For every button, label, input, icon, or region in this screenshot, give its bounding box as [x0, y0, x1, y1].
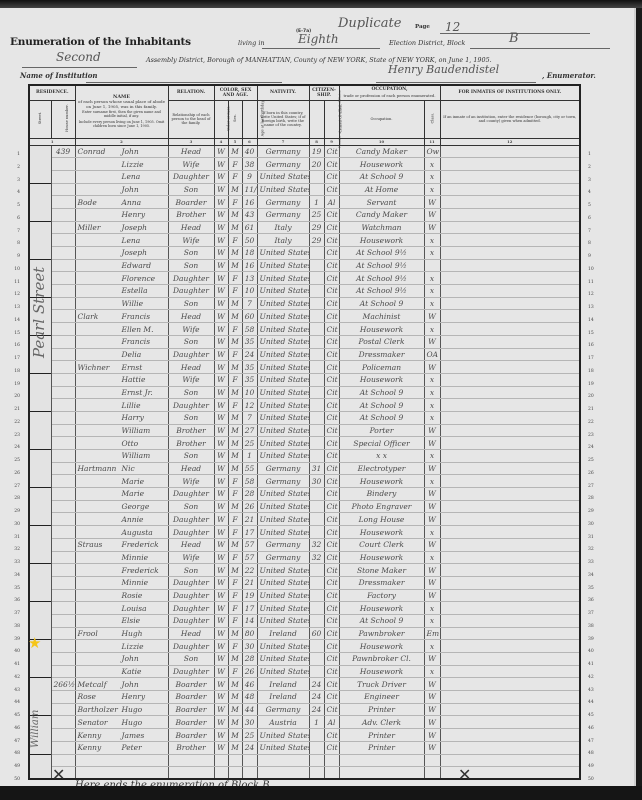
- inmates-cell: [440, 424, 580, 437]
- given-name: William: [122, 426, 151, 435]
- nativity-cell: United States: [257, 259, 309, 272]
- institution-label: Name of Institution: [20, 71, 98, 80]
- line-number: 9: [588, 254, 602, 259]
- class-cell: x: [424, 183, 440, 196]
- line-number: 43: [588, 688, 602, 693]
- age-cell: 25: [242, 437, 257, 450]
- nativity-cell: United States: [257, 399, 309, 412]
- given-name: Lizzie: [122, 160, 144, 169]
- nativity-cell: United States: [257, 450, 309, 463]
- table-row: MinnieDaughterWF21United StatesCitDressm…: [29, 576, 580, 589]
- inmates-cell: [440, 602, 580, 615]
- color-cell: W: [214, 272, 228, 285]
- class-cell: x: [424, 247, 440, 260]
- house-number-cell: [51, 183, 75, 196]
- table-row: AugustaDaughterWF17United StatesCitHouse…: [29, 526, 580, 539]
- house-number-cell: [51, 310, 75, 323]
- relation-cell: Brother: [168, 437, 214, 450]
- line-number: 13: [6, 305, 20, 310]
- nativity-cell: United States: [257, 323, 309, 336]
- nativity-cell: United States: [257, 576, 309, 589]
- nativity-cell: United States: [257, 513, 309, 526]
- name-cell: Minnie: [75, 551, 168, 564]
- name-cell: WichnerErnst: [75, 361, 168, 374]
- age-cell: 16: [242, 196, 257, 209]
- inmates-cell: [440, 564, 580, 577]
- relation-cell: Boarder: [168, 678, 214, 691]
- table-row: [29, 767, 580, 780]
- street-cell: [29, 500, 51, 513]
- line-number: 39: [6, 637, 20, 642]
- given-name: Minnie: [122, 553, 149, 562]
- given-name: Marie: [122, 489, 145, 498]
- years-cell: [309, 323, 324, 336]
- inmates-cell: [440, 614, 580, 627]
- sex-cell: F: [228, 170, 242, 183]
- years-cell: [309, 576, 324, 589]
- occupation-cell: Court Clerk: [339, 538, 424, 551]
- years-cell: 31: [309, 462, 324, 475]
- age-cell: 13: [242, 272, 257, 285]
- inmates-cell: [440, 170, 580, 183]
- sex-cell: [228, 754, 242, 767]
- line-number: 32: [6, 547, 20, 552]
- age-cell: 17: [242, 602, 257, 615]
- color-cell: [214, 754, 228, 767]
- years-cell: 25: [309, 208, 324, 221]
- sex-cell: F: [228, 373, 242, 386]
- line-number: 38: [6, 624, 20, 629]
- street-cell: [29, 576, 51, 589]
- color-cell: W: [214, 196, 228, 209]
- years-cell: [309, 614, 324, 627]
- surname: Hartmann: [78, 463, 122, 474]
- page-label: Page: [415, 24, 430, 30]
- street-cell: [29, 247, 51, 260]
- citizenship-cell: Cit: [324, 729, 339, 742]
- occupation-cell: Candy Maker: [339, 208, 424, 221]
- name-cell: Joseph: [75, 247, 168, 260]
- house-number-cell: [51, 602, 75, 615]
- relation-cell: Head: [168, 538, 214, 551]
- age-cell: 30: [242, 640, 257, 653]
- sex-cell: M: [228, 703, 242, 716]
- citizenship-cell: Cit: [324, 158, 339, 171]
- occupation-cell: At School 9½: [339, 247, 424, 260]
- house-number-cell: [51, 729, 75, 742]
- citizenship-cell: Cit: [324, 208, 339, 221]
- age-cell: 9: [242, 170, 257, 183]
- years-cell: [309, 564, 324, 577]
- house-number-cell: [51, 297, 75, 310]
- surname: Conrad: [78, 146, 122, 157]
- citizenship-cell: Cit: [324, 513, 339, 526]
- table-row: WillieSonWM7United StatesCitAt School 9x: [29, 297, 580, 310]
- years-cell: [309, 285, 324, 298]
- class-cell: Em: [424, 627, 440, 640]
- years-cell: [309, 500, 324, 513]
- line-number: 29: [6, 509, 20, 514]
- relation-cell: Daughter: [168, 488, 214, 501]
- class-cell: W: [424, 221, 440, 234]
- age-cell: 58: [242, 323, 257, 336]
- relation-cell: Boarder: [168, 703, 214, 716]
- given-name: Delia: [122, 350, 142, 359]
- line-number: 31: [588, 535, 602, 540]
- line-number: 38: [588, 624, 602, 629]
- block-value: B: [509, 31, 519, 46]
- given-name: Joseph: [122, 248, 147, 257]
- citizenship-cell: Cit: [324, 361, 339, 374]
- nativity-cell: Germany: [257, 551, 309, 564]
- street-cell: [29, 411, 51, 424]
- occupation-cell: x x: [339, 450, 424, 463]
- name-cell: Florence: [75, 272, 168, 285]
- citizenship-cell: Cit: [324, 576, 339, 589]
- table-row: [29, 754, 580, 767]
- house-number-cell: [51, 488, 75, 501]
- years-cell: [309, 602, 324, 615]
- age-cell: 48: [242, 691, 257, 704]
- street-cell: [29, 551, 51, 564]
- age-cell: 26: [242, 500, 257, 513]
- name-cell: Annie: [75, 513, 168, 526]
- years-cell: [309, 386, 324, 399]
- class-cell: W: [424, 653, 440, 666]
- name-cell: Estella: [75, 285, 168, 298]
- citizenship-cell: Cit: [324, 488, 339, 501]
- inmates-cell: [440, 526, 580, 539]
- table-row: FlorenceDaughterWF13United StatesCitAt S…: [29, 272, 580, 285]
- sex-cell: M: [228, 678, 242, 691]
- street-cell: [29, 221, 51, 234]
- nativity-cell: Germany: [257, 475, 309, 488]
- inmates-cell: [440, 373, 580, 386]
- table-row: HattieWifeWF35United StatesCitHouseworkx: [29, 373, 580, 386]
- occupation-cell: At School 9½: [339, 259, 424, 272]
- table-row: BartholzerHugoBoarderWM44Germany24CitPri…: [29, 703, 580, 716]
- given-name: Henry: [122, 692, 146, 701]
- name-cell: Ellen M.: [75, 323, 168, 336]
- table-row: JohnSonWM11/12United StatesCitAt Homex: [29, 183, 580, 196]
- line-number: 37: [588, 611, 602, 616]
- relation-cell: Brother: [168, 741, 214, 754]
- color-cell: [214, 767, 228, 780]
- class-cell: W: [424, 462, 440, 475]
- line-number: 48: [6, 751, 20, 756]
- sex-cell: M: [228, 450, 242, 463]
- name-cell: BartholzerHugo: [75, 703, 168, 716]
- sex-cell: M: [228, 221, 242, 234]
- col-number: 8: [309, 138, 324, 145]
- given-name: Hugo: [122, 705, 143, 714]
- class-cell: x: [424, 411, 440, 424]
- line-number: 14: [6, 318, 20, 323]
- line-number: 25: [588, 458, 602, 463]
- given-name: Nic: [122, 464, 135, 473]
- color-cell: W: [214, 348, 228, 361]
- line-number: 3: [588, 178, 602, 183]
- years-cell: [309, 488, 324, 501]
- years-cell: 24: [309, 703, 324, 716]
- citizenship-cell: Cit: [324, 259, 339, 272]
- given-name: Frederick: [122, 540, 159, 549]
- given-name: Lillie: [122, 401, 141, 410]
- house-number-cell: [51, 437, 75, 450]
- color-cell: W: [214, 145, 228, 158]
- color-cell: W: [214, 589, 228, 602]
- occupation-cell: Machinist: [339, 310, 424, 323]
- assembly-line: Second Assembly District, Borough of MAN…: [6, 54, 626, 68]
- line-number: 9: [6, 254, 20, 259]
- occupation-cell: At Home: [339, 183, 424, 196]
- surname: Rose: [78, 691, 122, 702]
- name-cell: Lizzie: [75, 158, 168, 171]
- class-cell: x: [424, 475, 440, 488]
- occupation-cell: At School 9: [339, 386, 424, 399]
- col-nativity: NATIVITY.: [257, 85, 309, 100]
- census-table: RESIDENCE. NAME of each person whose usu…: [28, 84, 581, 780]
- line-number: 19: [6, 382, 20, 387]
- line-number: 22: [588, 420, 602, 425]
- nativity-cell: United States: [257, 411, 309, 424]
- table-row: JosephSonWM18United StatesCitAt School 9…: [29, 247, 580, 260]
- house-number-cell: [51, 513, 75, 526]
- house-number-cell: [51, 411, 75, 424]
- house-number-cell: [51, 335, 75, 348]
- given-name: John: [122, 680, 139, 689]
- years-cell: [309, 665, 324, 678]
- relation-cell: Son: [168, 297, 214, 310]
- nativity-cell: Italy: [257, 221, 309, 234]
- nativity-cell: United States: [257, 500, 309, 513]
- census-page: (E-7a) Duplicate Page 12 Enumeration of …: [0, 8, 636, 794]
- citizenship-cell: Cit: [324, 297, 339, 310]
- name-cell: Lena: [75, 170, 168, 183]
- years-cell: [309, 640, 324, 653]
- citizenship-cell: Cit: [324, 285, 339, 298]
- citizenship-cell: Cit: [324, 335, 339, 348]
- line-number: 18: [588, 369, 602, 374]
- name-cell: Elsie: [75, 614, 168, 627]
- color-cell: W: [214, 170, 228, 183]
- given-name: Edward: [122, 261, 152, 270]
- name-cell: Lillie: [75, 399, 168, 412]
- relation-cell: Son: [168, 183, 214, 196]
- col-number: 12: [440, 138, 580, 145]
- given-name: Annie: [122, 515, 144, 524]
- line-number: 10: [6, 267, 20, 272]
- occupation-cell: Candy Maker: [339, 145, 424, 158]
- years-cell: [309, 589, 324, 602]
- table-row: HarrySonWM7United StatesCitAt School 9x: [29, 411, 580, 424]
- line-number: 19: [588, 382, 602, 387]
- given-name: Minnie: [122, 578, 149, 587]
- line-number: 14: [588, 318, 602, 323]
- nativity-cell: United States: [257, 335, 309, 348]
- years-cell: 20: [309, 158, 324, 171]
- years-cell: 1: [309, 196, 324, 209]
- inmates-cell: [440, 323, 580, 336]
- name-cell: Henry: [75, 208, 168, 221]
- class-cell: x: [424, 285, 440, 298]
- table-row: SenatorHugoBoarderWM30Austria1AlAdv. Cle…: [29, 716, 580, 729]
- sex-cell: M: [228, 691, 242, 704]
- sex-cell: F: [228, 602, 242, 615]
- line-number: 28: [6, 496, 20, 501]
- name-cell: Francis: [75, 335, 168, 348]
- line-number: 43: [6, 688, 20, 693]
- color-cell: W: [214, 285, 228, 298]
- inmates-cell: [440, 310, 580, 323]
- years-cell: [309, 741, 324, 754]
- duplicate-mark: Duplicate: [338, 16, 401, 31]
- name-cell: Lizzie: [75, 640, 168, 653]
- street-cell: [29, 589, 51, 602]
- col-relation-desc: Relationship of each person to the head …: [168, 100, 214, 138]
- house-number-cell: 266½: [51, 678, 75, 691]
- nativity-cell: United States: [257, 310, 309, 323]
- class-cell: W: [424, 729, 440, 742]
- years-cell: [309, 310, 324, 323]
- assembly-underline: [22, 67, 137, 68]
- citizenship-cell: Al: [324, 196, 339, 209]
- sex-cell: M: [228, 335, 242, 348]
- relation-cell: Boarder: [168, 716, 214, 729]
- color-cell: W: [214, 310, 228, 323]
- line-number: 1: [588, 152, 602, 157]
- years-cell: 19: [309, 145, 324, 158]
- given-name: Estella: [122, 286, 148, 295]
- citizenship-cell: Cit: [324, 564, 339, 577]
- name-cell: ClarkFrancis: [75, 310, 168, 323]
- name-cell: ConradJohn: [75, 145, 168, 158]
- given-name: Anna: [122, 198, 142, 207]
- nativity-cell: United States: [257, 589, 309, 602]
- sex-cell: M: [228, 462, 242, 475]
- sex-cell: F: [228, 196, 242, 209]
- table-row: ClarkFrancisHeadWM60United StatesCitMach…: [29, 310, 580, 323]
- relation-cell: Daughter: [168, 513, 214, 526]
- name-cell: BodeAnna: [75, 196, 168, 209]
- enumerator-signature: Henry Baudendistel: [388, 63, 499, 76]
- table-row: Ernst Jr.SonWM10United StatesCitAt Schoo…: [29, 386, 580, 399]
- col-number: 7: [257, 138, 309, 145]
- house-number-cell: [51, 564, 75, 577]
- relation-cell: Daughter: [168, 399, 214, 412]
- enumerator-label: , Enumerator.: [542, 71, 596, 80]
- line-number: 45: [6, 713, 20, 718]
- occupation-cell: At School 9: [339, 411, 424, 424]
- house-number-cell: [51, 386, 75, 399]
- line-number: 39: [588, 637, 602, 642]
- enumerator-underline: [376, 82, 536, 83]
- line-number: 33: [6, 560, 20, 565]
- house-number-cell: [51, 285, 75, 298]
- age-cell: [242, 754, 257, 767]
- street-cell: [29, 678, 51, 691]
- line-number: 16: [588, 343, 602, 348]
- nativity-cell: Ireland: [257, 627, 309, 640]
- color-cell: W: [214, 297, 228, 310]
- house-number-cell: [51, 551, 75, 564]
- class-cell: x: [424, 297, 440, 310]
- name-cell: Willie: [75, 297, 168, 310]
- street-cell: [29, 373, 51, 386]
- inmates-cell: [440, 399, 580, 412]
- line-number: 10: [588, 267, 602, 272]
- house-number-cell: [51, 247, 75, 260]
- years-cell: 32: [309, 538, 324, 551]
- relation-cell: Son: [168, 564, 214, 577]
- block-underline: [470, 48, 610, 49]
- line-number: 15: [6, 331, 20, 336]
- age-cell: 24: [242, 741, 257, 754]
- street-cell: [29, 450, 51, 463]
- class-cell: W: [424, 361, 440, 374]
- relation-cell: Head: [168, 627, 214, 640]
- inmates-cell: [440, 437, 580, 450]
- nativity-cell: Germany: [257, 158, 309, 171]
- table-row: LouisaDaughterWF17United StatesCitHousew…: [29, 602, 580, 615]
- nativity-cell: Italy: [257, 234, 309, 247]
- inmates-cell: [440, 513, 580, 526]
- sex-cell: F: [228, 234, 242, 247]
- occupation-cell: Housework: [339, 323, 424, 336]
- color-cell: W: [214, 526, 228, 539]
- sex-cell: M: [228, 297, 242, 310]
- class-cell: x: [424, 323, 440, 336]
- relation-cell: Son: [168, 259, 214, 272]
- inmates-cell: [440, 297, 580, 310]
- line-number: 42: [6, 675, 20, 680]
- color-cell: W: [214, 475, 228, 488]
- street-cell: [29, 234, 51, 247]
- color-cell: W: [214, 208, 228, 221]
- given-name: Henry: [122, 210, 146, 219]
- nativity-cell: [257, 767, 309, 780]
- relation-cell: Daughter: [168, 614, 214, 627]
- citizenship-cell: Cit: [324, 424, 339, 437]
- line-number: 20: [6, 394, 20, 399]
- line-number: 37: [6, 611, 20, 616]
- line-number: 42: [588, 675, 602, 680]
- class-cell: x: [424, 640, 440, 653]
- inmates-cell: [440, 653, 580, 666]
- years-cell: [309, 411, 324, 424]
- line-number: 24: [6, 445, 20, 450]
- table-row: RosieDaughterWF19United StatesCitFactory…: [29, 589, 580, 602]
- house-number-cell: [51, 589, 75, 602]
- age-cell: 38: [242, 158, 257, 171]
- citizenship-cell: Cit: [324, 234, 339, 247]
- name-cell: John: [75, 183, 168, 196]
- color-cell: W: [214, 691, 228, 704]
- name-cell: HartmannNic: [75, 462, 168, 475]
- surname: Straus: [78, 539, 122, 550]
- inmates-cell: [440, 640, 580, 653]
- occupation-cell: Pawnbroker Cl.: [339, 653, 424, 666]
- given-name: Elsie: [122, 616, 141, 625]
- line-number: 47: [588, 739, 602, 744]
- nativity-cell: Germany: [257, 145, 309, 158]
- occupation-cell: Housework: [339, 665, 424, 678]
- occupation-cell: At School 9½: [339, 285, 424, 298]
- col-house-number: House number.: [51, 100, 75, 138]
- given-name: Rosie: [122, 591, 143, 600]
- surname: Kenny: [78, 742, 122, 753]
- street-cell: [29, 424, 51, 437]
